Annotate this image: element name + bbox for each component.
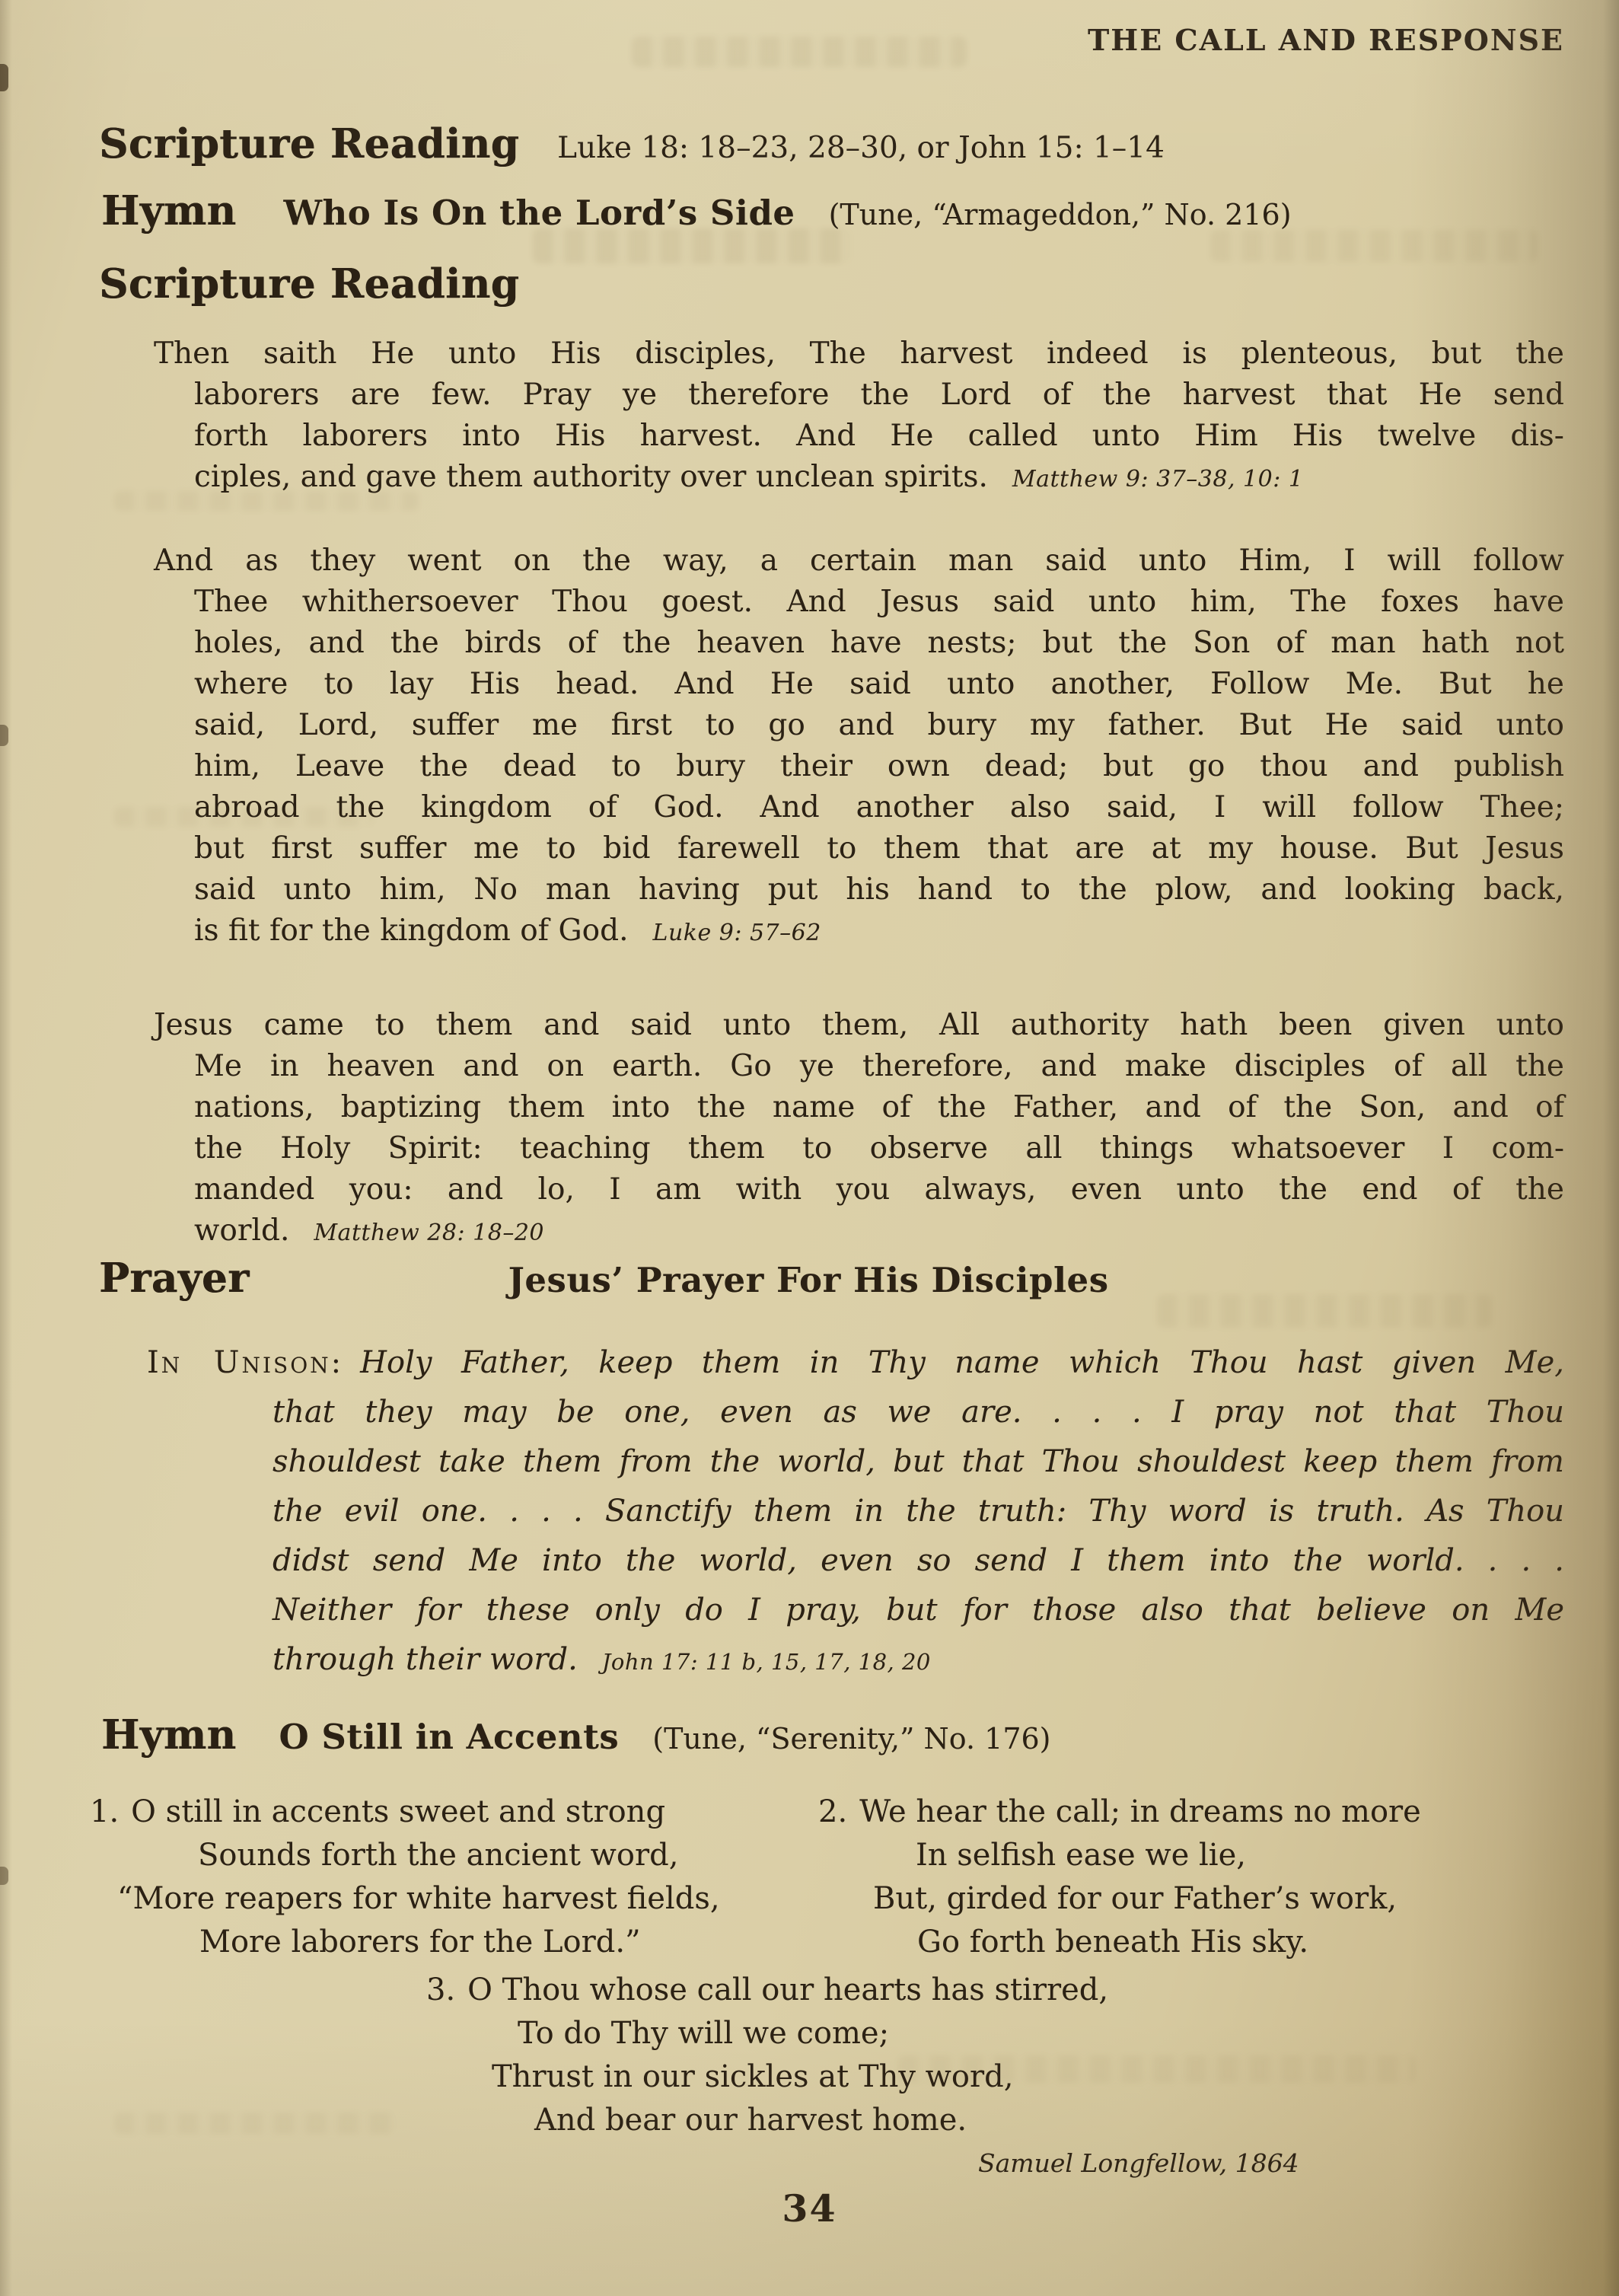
prayer-title: Jesus’ Prayer For His Disciples <box>508 1260 1109 1300</box>
scripture-paragraph: Jesus came to them and said unto them, A… <box>194 1005 1564 1254</box>
text-fragment: world. <box>194 1213 289 1248</box>
verse-line: In selfish ease we lie, <box>916 1834 1421 1877</box>
verse-line: More laborers for the Lord.” <box>199 1921 720 1964</box>
text-fragment: is fit for the kingdom of God. <box>194 914 629 948</box>
order-item-hymn-1: Hymn Who Is On the Lord’s Side (Tune, “A… <box>101 187 1292 234</box>
text-line: said unto him, No man having put his han… <box>194 869 1564 910</box>
text-line: laborers are few. Pray ye therefore the … <box>194 375 1564 416</box>
text-line: world.Matthew 28: 18–20 <box>194 1210 1564 1254</box>
hymn-title: O Still in Accents <box>279 1717 620 1757</box>
text-line: manded you: and lo, I am with you always… <box>194 1169 1564 1210</box>
verse-line: To do Thy will we come; <box>518 2012 1108 2055</box>
order-item-scripture-reading-1: Scripture Reading Luke 18: 18–23, 28–30,… <box>99 120 1165 167</box>
showthrough-smudge <box>1210 230 1538 262</box>
order-item-hymn-2: Hymn O Still in Accents (Tune, “Serenity… <box>101 1711 1051 1759</box>
verse-line: “More reapers for white harvest fields, <box>117 1877 720 1921</box>
text-line: Then saith He unto His disciples, The ha… <box>194 333 1564 375</box>
verse-line: Thrust in our sickles at Thy word, <box>492 2055 1108 2099</box>
text-line: didst send Me into the world, even so se… <box>272 1536 1564 1586</box>
binding-mark <box>0 725 8 746</box>
text-line: nations, baptizing them into the name of… <box>194 1087 1564 1128</box>
unison-rubric: In Unison: <box>147 1345 343 1380</box>
section-label-hymn: Hymn <box>101 1711 237 1759</box>
text-line: abroad the kingdom of God. And another a… <box>194 787 1564 828</box>
text-line: In Unison:Holy Father, keep them in Thy … <box>272 1338 1564 1388</box>
hymn-tune-note: (Tune, “Armageddon,” No. 216) <box>829 198 1292 231</box>
text-fragment: Holy Father, keep them in Thy name which… <box>360 1345 1564 1380</box>
text-line: where to lay His head. And He said unto … <box>194 664 1564 705</box>
text-line: And as they went on the way, a certain m… <box>194 541 1564 582</box>
text-fragment: We hear the call; in dreams no more <box>859 1794 1421 1829</box>
showthrough-smudge <box>632 37 967 67</box>
text-line: through their word.John 17: 11 b, 15, 17… <box>272 1635 1564 1687</box>
hymn-verse-3: 3.O Thou whose call our hearts has stirr… <box>426 1969 1108 2142</box>
hymn-verse-2: 2.We hear the call; in dreams no more In… <box>818 1791 1421 1964</box>
hymn-attribution: Samuel Longfellow, 1864 <box>978 2148 1299 2178</box>
text-line: him, Leave the dead to bury their own de… <box>194 746 1564 787</box>
section-label-hymn: Hymn <box>101 187 237 234</box>
verse-line: Sounds forth the ancient word, <box>198 1834 720 1877</box>
text-fragment: O still in accents sweet and strong <box>131 1794 665 1829</box>
binding-mark <box>0 1867 8 1885</box>
scripture-paragraph: And as they went on the way, a certain m… <box>194 541 1564 954</box>
text-line: shouldest take them from the world, but … <box>272 1437 1564 1487</box>
section-label-scripture-reading: Scripture Reading <box>99 260 519 308</box>
text-fragment: O Thou whose call our hearts has stirred… <box>467 1972 1108 2007</box>
unison-prayer-text: In Unison:Holy Father, keep them in Thy … <box>272 1338 1564 1687</box>
showthrough-smudge <box>114 2113 396 2134</box>
verse-line: But, girded for our Father’s work, <box>873 1877 1421 1921</box>
scripture-citation: Matthew 28: 18–20 <box>314 1220 544 1246</box>
scripture-paragraph: Then saith He unto His disciples, The ha… <box>194 333 1564 500</box>
text-line: is fit for the kingdom of God.Luke 9: 57… <box>194 910 1564 954</box>
page-number: 34 <box>0 2186 1619 2231</box>
hymn-tune-note: (Tune, “Serenity,” No. 176) <box>652 1722 1050 1755</box>
verse-line: And bear our harvest home. <box>534 2099 1108 2142</box>
scripture-citation: Luke 9: 57–62 <box>653 920 821 946</box>
hymn-title: Who Is On the Lord’s Side <box>284 193 795 233</box>
section-label-scripture-reading: Scripture Reading <box>99 120 519 167</box>
text-line: ciples, and gave them authority over unc… <box>194 457 1564 500</box>
text-line: that they may be one, even as we are. . … <box>272 1388 1564 1437</box>
showthrough-smudge <box>1157 1294 1492 1328</box>
verse-line: 1.O still in accents sweet and strong <box>90 1791 720 1834</box>
order-item-prayer: Prayer Jesus’ Prayer For His Disciples <box>99 1255 1109 1302</box>
scripture-citation: Matthew 9: 37–38, 10: 1 <box>1012 466 1304 493</box>
verse-number: 1. <box>90 1791 119 1834</box>
order-item-scripture-reading-2: Scripture Reading <box>99 260 519 308</box>
section-label-prayer: Prayer <box>99 1255 250 1302</box>
text-line: holes, and the birds of the heaven have … <box>194 623 1564 664</box>
running-head: THE CALL AND RESPONSE <box>1088 23 1564 57</box>
scripture-citation: John 17: 11 b, 15, 17, 18, 20 <box>602 1649 931 1675</box>
text-line: Me in heaven and on earth. Go ye therefo… <box>194 1046 1564 1087</box>
verse-line: 2.We hear the call; in dreams no more <box>818 1791 1421 1834</box>
text-line: but first suffer me to bid farewell to t… <box>194 828 1564 869</box>
text-fragment: ciples, and gave them authority over unc… <box>194 460 988 494</box>
text-line: the Holy Spirit: teaching them to observ… <box>194 1128 1564 1169</box>
hymn-verse-1: 1.O still in accents sweet and strong So… <box>90 1791 720 1964</box>
text-line: said, Lord, suffer me first to go and bu… <box>194 705 1564 746</box>
text-line: the evil one. . . . Sanctify them in the… <box>272 1487 1564 1536</box>
text-line: Neither for these only do I pray, but fo… <box>272 1586 1564 1635</box>
text-fragment: through their word. <box>272 1642 578 1677</box>
binding-mark <box>0 64 8 91</box>
text-line: Thee whithersoever Thou goest. And Jesus… <box>194 582 1564 623</box>
text-line: Jesus came to them and said unto them, A… <box>194 1005 1564 1046</box>
verse-line: 3.O Thou whose call our hearts has stirr… <box>426 1969 1108 2012</box>
book-page: THE CALL AND RESPONSE Scripture Reading … <box>0 0 1619 2296</box>
verse-line: Go forth beneath His sky. <box>917 1921 1421 1964</box>
scripture-reference: Luke 18: 18–23, 28–30, or John 15: 1–14 <box>557 131 1165 165</box>
verse-number: 3. <box>426 1969 455 2012</box>
text-line: forth laborers into His harvest. And He … <box>194 416 1564 457</box>
verse-number: 2. <box>818 1791 847 1834</box>
